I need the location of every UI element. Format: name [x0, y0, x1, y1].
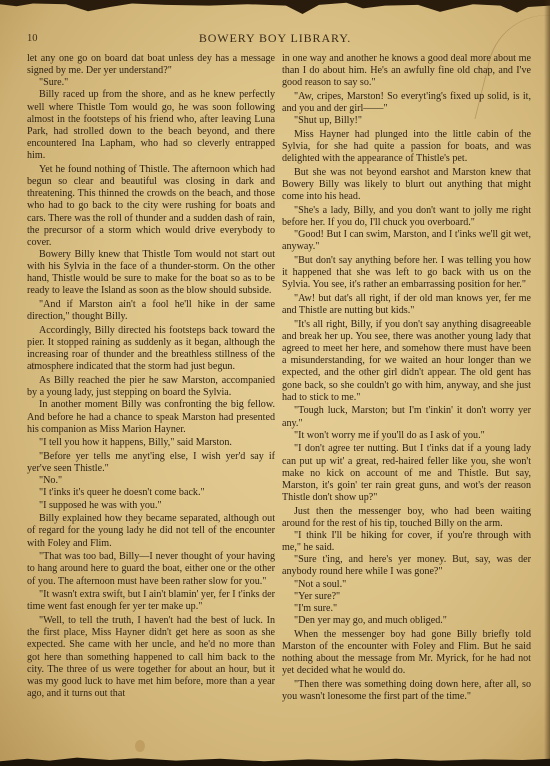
paper-stain: [135, 740, 145, 752]
paragraph: "Den yer may go, and much obliged.": [282, 615, 531, 627]
paragraph: As Billy reached the pier he saw Marston…: [27, 375, 275, 399]
paragraph: "Before yer tells me anyt'ing else, I wi…: [27, 451, 275, 475]
page-header: 10 BOWERY BOY LIBRARY.: [0, 28, 550, 48]
paragraph: "Sure.": [27, 77, 275, 89]
paragraph: "Aw! but dat's all right, if der old man…: [282, 293, 531, 317]
paragraph: Billy raced up from the shore, and as he…: [27, 89, 275, 162]
paragraph: "I supposed he was with you.": [27, 500, 275, 512]
paragraph: Accordingly, Billy directed his footstep…: [27, 325, 275, 374]
paragraph: "I tell you how it happens, Billy," said…: [27, 437, 275, 449]
paragraph: "But don't say anything before her. I wa…: [282, 255, 531, 291]
paragraph: "Yer sure?": [282, 591, 531, 603]
paragraph: When the messenger boy had gone Billy br…: [282, 629, 531, 678]
paragraph: In another moment Billy was confronting …: [27, 399, 275, 435]
paragraph: Bowery Billy knew that Thistle Tom would…: [27, 249, 275, 298]
paragraph: "Then there was something doing down her…: [282, 679, 531, 703]
paragraph: "Not a soul.": [282, 579, 531, 591]
torn-top-edge: [0, 0, 550, 14]
page-right-shadow: [544, 0, 550, 766]
paragraph: "I don't agree ter nutting. But I t'inks…: [282, 443, 531, 504]
paragraph: "Well, to tell the truth, I haven't had …: [27, 615, 275, 700]
right-column: in one way and another he knows a good d…: [282, 53, 531, 703]
paragraph: in one way and another he knows a good d…: [282, 53, 531, 89]
paragraph: "Good! But I can swim, Marston, and I t'…: [282, 229, 531, 253]
paragraph: "No.": [27, 475, 275, 487]
paragraph: "Sure t'ing, and here's yer money. But, …: [282, 554, 531, 578]
scanned-page: 10 BOWERY BOY LIBRARY. let any one go on…: [0, 0, 550, 766]
paragraph: let any one go on board dat boat unless …: [27, 53, 275, 77]
paragraph: "It won't worry me if you'll do as I ask…: [282, 430, 531, 442]
paragraph: Yet he found nothing of Thistle. The aft…: [27, 164, 275, 249]
paragraph: "It's all right, Billy, if you don't say…: [282, 319, 531, 404]
paragraph: "And if Marston ain't a fool he'll hike …: [27, 299, 275, 323]
paragraph: "Tough luck, Marston; but I'm t'inkin' i…: [282, 405, 531, 429]
paragraph: "That was too bad, Billy—I never thought…: [27, 551, 275, 587]
paragraph: But she was not beyond earshot and Marst…: [282, 167, 531, 203]
paragraph: "Shut up, Billy!": [282, 115, 531, 127]
running-title: BOWERY BOY LIBRARY.: [0, 31, 550, 46]
paragraph: "I t'inks it's queer he doesn't come bac…: [27, 487, 275, 499]
left-column: let any one go on board dat boat unless …: [27, 53, 275, 700]
paragraph: Billy explained how they became separate…: [27, 513, 275, 549]
paragraph: "I think I'll be hiking for cover, if yo…: [282, 530, 531, 554]
paragraph: "It wasn't extra swift, but I ain't blam…: [27, 589, 275, 613]
paragraph: "She's a lady, Billy, and you don't want…: [282, 205, 531, 229]
paragraph: "Aw, cripes, Marston! So everyt'ing's fi…: [282, 91, 531, 115]
paragraph: Miss Hayner had plunged into the little …: [282, 129, 531, 165]
paragraph: Just then the messenger boy, who had bee…: [282, 506, 531, 530]
paragraph: "I'm sure.": [282, 603, 531, 615]
torn-bottom-edge: [0, 754, 550, 766]
